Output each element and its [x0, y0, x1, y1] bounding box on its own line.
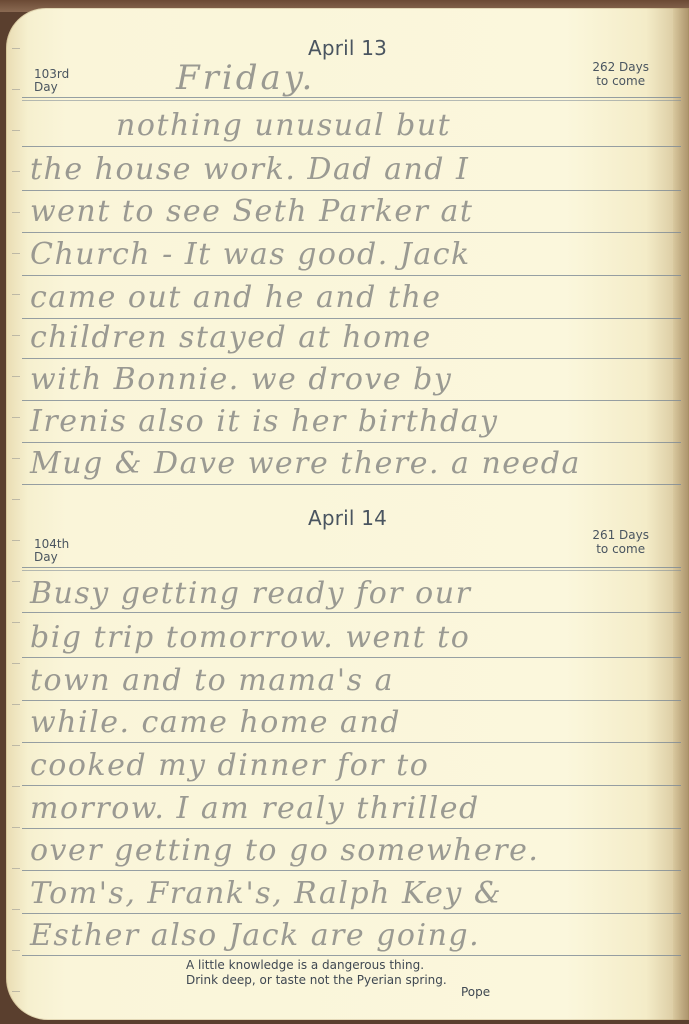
- entry-1-days-remaining: 262 Days to come: [592, 60, 649, 88]
- ruled-line: [22, 318, 681, 319]
- handwritten-line: Church - It was good. Jack: [30, 237, 471, 272]
- days-count: 262 Days: [592, 60, 649, 74]
- quote-line-2: Drink deep, or taste not the Pyerian spr…: [186, 973, 447, 988]
- header-rule: [22, 97, 681, 98]
- ruled-line: [22, 742, 681, 743]
- ruled-line: [22, 358, 681, 359]
- days-label: to come: [592, 74, 649, 88]
- ruled-line: [22, 146, 681, 147]
- header-rule: [22, 567, 681, 568]
- day-label: Day: [34, 81, 69, 94]
- handwritten-line: while. came home and: [30, 705, 401, 740]
- handwritten-line: Tom's, Frank's, Ralph Key &: [30, 876, 502, 911]
- entry-2-days-remaining: 261 Days to come: [592, 528, 649, 556]
- days-count: 261 Days: [592, 528, 649, 542]
- handwritten-line: big trip tomorrow. went to: [30, 620, 470, 655]
- handwritten-line: went to see Seth Parker at: [30, 194, 473, 229]
- handwritten-line: came out and he and the: [30, 280, 442, 315]
- ruled-line: [22, 913, 681, 914]
- ruled-line: [22, 484, 681, 485]
- entry-2-day-of-year: 104th Day: [34, 538, 69, 564]
- handwritten-line: town and to mama's a: [30, 663, 394, 698]
- footer-quote: A little knowledge is a dangerous thing.…: [186, 958, 447, 988]
- handwritten-line: Mug & Dave were there. a needa: [30, 446, 581, 481]
- handwritten-line: with Bonnie. we drove by: [30, 362, 452, 397]
- ruled-line: [22, 275, 681, 276]
- ruled-line: [22, 870, 681, 871]
- ruled-line: [22, 828, 681, 829]
- entry-1-day-of-year: 103rd Day: [34, 68, 69, 94]
- entry-2-date: April 14: [6, 506, 689, 530]
- handwritten-line: nothing unusual but: [116, 108, 451, 143]
- handwritten-line: children stayed at home: [30, 320, 432, 355]
- handwritten-line: cooked my dinner for to: [30, 748, 429, 783]
- day-label: Day: [34, 551, 69, 564]
- handwritten-line: Esther also Jack are going.: [30, 918, 480, 953]
- ruled-line: [22, 700, 681, 701]
- ruled-line: [22, 657, 681, 658]
- handwritten-line: morrow. I am realy thrilled: [30, 791, 480, 826]
- ruled-line: [22, 232, 681, 233]
- entry-1-weekday-handwritten: Friday.: [176, 58, 315, 98]
- ruled-line: [22, 190, 681, 191]
- handwritten-line: over getting to go somewhere.: [30, 833, 539, 868]
- entry-1-date: April 13: [6, 36, 689, 60]
- ruled-line: [22, 442, 681, 443]
- diary-page: April 13 103rd Day 262 Days to come Frid…: [6, 8, 689, 1020]
- handwritten-line: the house work. Dad and I: [30, 152, 469, 187]
- ruled-line: [22, 785, 681, 786]
- ruled-line: [22, 612, 681, 613]
- days-label: to come: [592, 542, 649, 556]
- quote-author: Pope: [461, 985, 490, 999]
- handwritten-line: Busy getting ready for our: [30, 576, 471, 611]
- ruled-line: [22, 955, 681, 956]
- ruled-line: [22, 400, 681, 401]
- quote-line-1: A little knowledge is a dangerous thing.: [186, 958, 447, 973]
- handwritten-line: Irenis also it is her birthday: [30, 404, 499, 439]
